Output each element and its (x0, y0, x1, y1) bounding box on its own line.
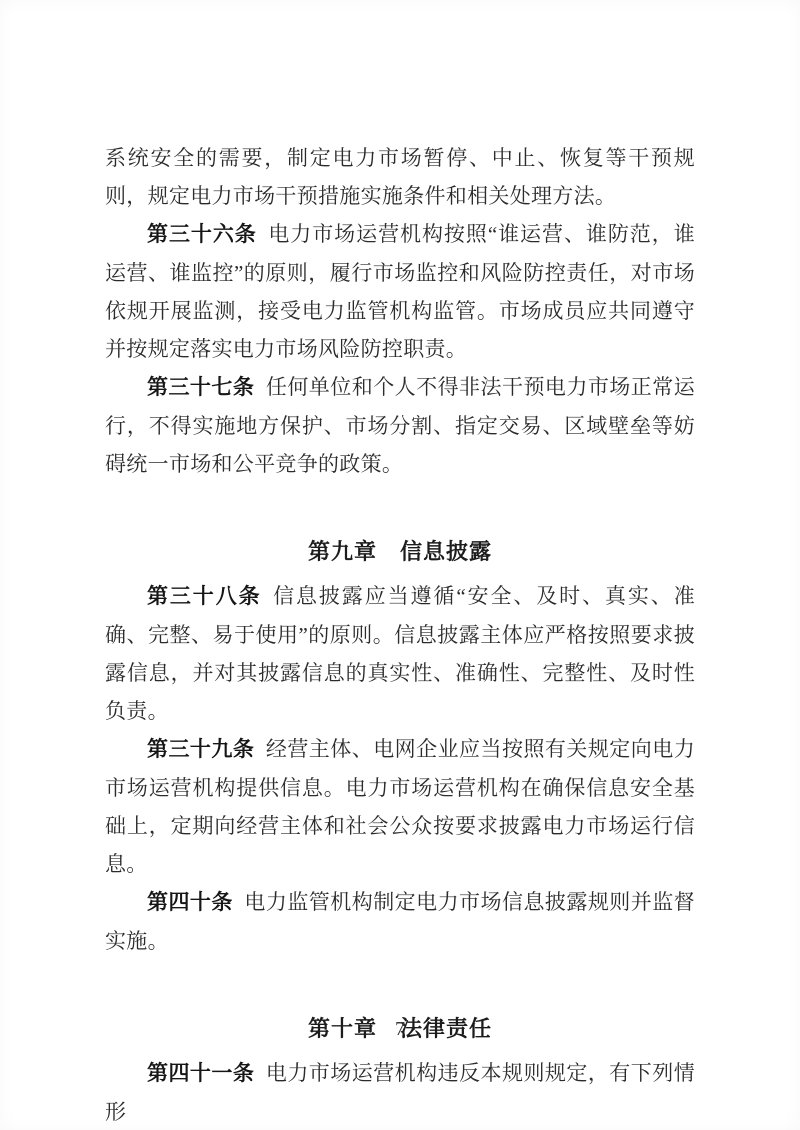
article-40-paragraph: 第四十条电力监管机构制定电力市场信息披露规则并监督实施。 (105, 883, 695, 960)
paragraph-continuation: 系统安全的需要，制定电力市场暂停、中止、恢复等干预规则，规定电力市场干预措施实施… (105, 139, 695, 215)
article-38-paragraph: 第三十八条信息披露应当遵循“安全、及时、真实、准确、完整、易于使用”的原则。信息… (105, 577, 695, 730)
article-40-number: 第四十条 (147, 891, 233, 914)
article-36-number: 第三十六条 (147, 223, 257, 246)
article-38-number: 第三十八条 (147, 585, 262, 608)
article-39-paragraph: 第三十九条经营主体、电网企业应当按照有关规定向电力市场运营机构提供信息。电力市场… (105, 730, 695, 883)
chapter-9-heading: 第九章 信息披露 (105, 533, 695, 571)
article-37-number: 第三十七条 (147, 376, 254, 399)
document-page: 系统安全的需要，制定电力市场暂停、中止、恢复等干预规则，规定电力市场干预措施实施… (0, 0, 800, 1130)
article-39-number: 第三十九条 (147, 738, 254, 761)
article-37-paragraph: 第三十七条任何单位和个人不得非法干预电力市场正常运行，不得实施地方保护、市场分割… (105, 368, 695, 483)
article-36-paragraph: 第三十六条电力市场运营机构按照“谁运营、谁防范，谁运营、谁监控”的原则，履行市场… (105, 215, 695, 368)
document-content: 系统安全的需要，制定电力市场暂停、中止、恢复等干预规则，规定电力市场干预措施实施… (105, 139, 695, 1130)
article-41-number: 第四十一条 (147, 1062, 254, 1085)
page-number: 7 (0, 1016, 800, 1042)
article-41-paragraph: 第四十一条电力市场运营机构违反本规则规定，有下列情形 (105, 1054, 695, 1130)
